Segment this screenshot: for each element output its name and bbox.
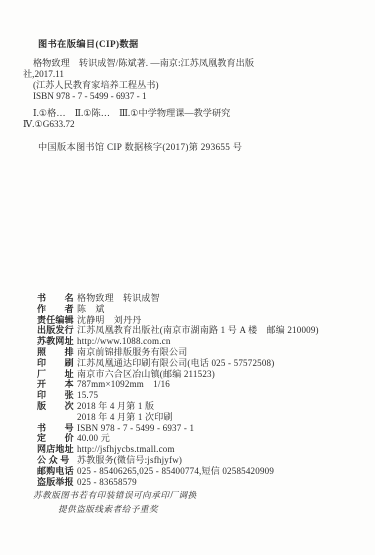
row-value: 格物致理 转识成智 — [77, 293, 160, 304]
row-value: 2018 年 4 月第 1 版 — [77, 401, 154, 412]
table-row: 印 张 15.75 — [37, 390, 347, 401]
row-value: ISBN 978 - 7 - 5499 - 6937 - 1 — [77, 423, 194, 434]
cip-title-line-2: 社,2017.11 — [23, 69, 64, 80]
cip-series: (江苏人民教育家培养工程丛书) — [33, 80, 159, 91]
table-row: 苏教网址 http://www.1088.com.cn — [37, 336, 347, 347]
cip-classification-line-2: Ⅳ.①G633.72 — [23, 119, 75, 130]
row-value: 025 - 83658579 — [77, 477, 137, 488]
row-label: 作 者 — [37, 304, 77, 315]
row-label: 书 名 — [37, 293, 77, 304]
row-label: 书 号 — [37, 423, 77, 434]
row-value: 江苏凤凰教育出版社(南京市湖南路 1 号 A 楼 邮编 210009) — [77, 325, 319, 336]
cip-isbn: ISBN 978 - 7 - 5499 - 6937 - 1 — [33, 91, 147, 102]
row-label: 苏教网址 — [37, 336, 77, 347]
row-label: 公 众 号 — [37, 455, 77, 466]
row-label: 邮购电话 — [37, 466, 77, 477]
row-label: 责任编辑 — [37, 315, 77, 326]
table-row: 厂 址 南京市六合区冶山镇(邮编 211523) — [37, 369, 347, 380]
table-row: 盗版举报 025 - 83658579 — [37, 477, 347, 488]
row-label: 版 次 — [37, 401, 77, 412]
cip-record-number: 中国版本图书馆 CIP 数据核字(2017)第 293655 号 — [38, 142, 242, 153]
table-row: 书 号 ISBN 978 - 7 - 5499 - 6937 - 1 — [37, 423, 347, 434]
row-value: 2018 年 4 月第 1 次印刷 — [77, 412, 173, 423]
table-row: 公 众 号 苏教服务(微信号:jsfhjyfw) — [37, 455, 347, 466]
table-row: 邮购电话 025 - 85406265,025 - 85400774,短信 02… — [37, 466, 347, 477]
row-value: 15.75 — [77, 390, 98, 401]
row-value: 江苏凤凰通达印刷有限公司(电话 025 - 57572508) — [77, 358, 274, 369]
row-value: 787mm×1092mm 1/16 — [77, 379, 170, 390]
row-label: 盗版举报 — [37, 477, 77, 488]
row-label: 网店地址 — [37, 444, 77, 455]
row-label: 印 刷 — [37, 358, 77, 369]
table-row: 照 排 南京前锦排版服务有限公司 — [37, 347, 347, 358]
table-row: 书 名 格物致理 转识成智 — [37, 293, 347, 304]
row-value: 沈静明 刘丹丹 — [77, 315, 141, 326]
row-label: 开 本 — [37, 379, 77, 390]
cip-title-line-1: 格物致理 转识成智/陈斌著. —南京:江苏凤凰教育出版 — [33, 58, 254, 69]
row-value: 025 - 85406265,025 - 85400774,短信 0258542… — [77, 466, 274, 477]
row-value: 40.00 元 — [77, 433, 110, 444]
table-row: 作 者 陈 斌 — [37, 304, 347, 315]
table-row: 定 价 40.00 元 — [37, 433, 347, 444]
table-row: 开 本 787mm×1092mm 1/16 — [37, 379, 347, 390]
table-row: 责任编辑 沈静明 刘丹丹 — [37, 315, 347, 326]
row-value: 苏教服务(微信号:jsfhjyfw) — [77, 455, 182, 466]
cip-header: 图书在版编目(CIP)数据 — [38, 39, 139, 50]
row-value: 南京前锦排版服务有限公司 — [77, 347, 187, 358]
copyright-page: 图书在版编目(CIP)数据 格物致理 转识成智/陈斌著. —南京:江苏凤凰教育出… — [0, 0, 375, 555]
row-value: 陈 斌 — [77, 304, 105, 315]
row-label: 定 价 — [37, 433, 77, 444]
row-label: 印 张 — [37, 390, 77, 401]
table-row: 网店地址 http://jsfhjycbs.tmall.com — [37, 444, 347, 455]
table-row: 版 次 2018 年 4 月第 1 版 — [37, 401, 347, 412]
row-value: 南京市六合区冶山镇(邮编 211523) — [77, 369, 215, 380]
colophon-table: 书 名 格物致理 转识成智 作 者 陈 斌 责任编辑 沈静明 刘丹丹 出版发行 … — [37, 293, 347, 487]
row-value: http://www.1088.com.cn — [77, 336, 171, 347]
row-label: 厂 址 — [37, 369, 77, 380]
row-label: 照 排 — [37, 347, 77, 358]
table-row: 印 刷 江苏凤凰通达印刷有限公司(电话 025 - 57572508) — [37, 358, 347, 369]
table-row: 2018 年 4 月第 1 次印刷 — [37, 412, 347, 423]
misprint-exchange-notice: 苏教版图书若有印装错误可向承印厂调换 — [33, 490, 197, 501]
cip-classification-line-1: Ⅰ.①格… Ⅱ.①陈… Ⅲ.①中学物理课—教学研究 — [33, 108, 230, 119]
table-row: 出版发行 江苏凤凰教育出版社(南京市湖南路 1 号 A 楼 邮编 210009) — [37, 325, 347, 336]
row-label: 出版发行 — [37, 325, 77, 336]
row-value: http://jsfhjycbs.tmall.com — [77, 444, 175, 455]
piracy-reward-notice: 提供盗版线索者给予重奖 — [58, 504, 158, 515]
